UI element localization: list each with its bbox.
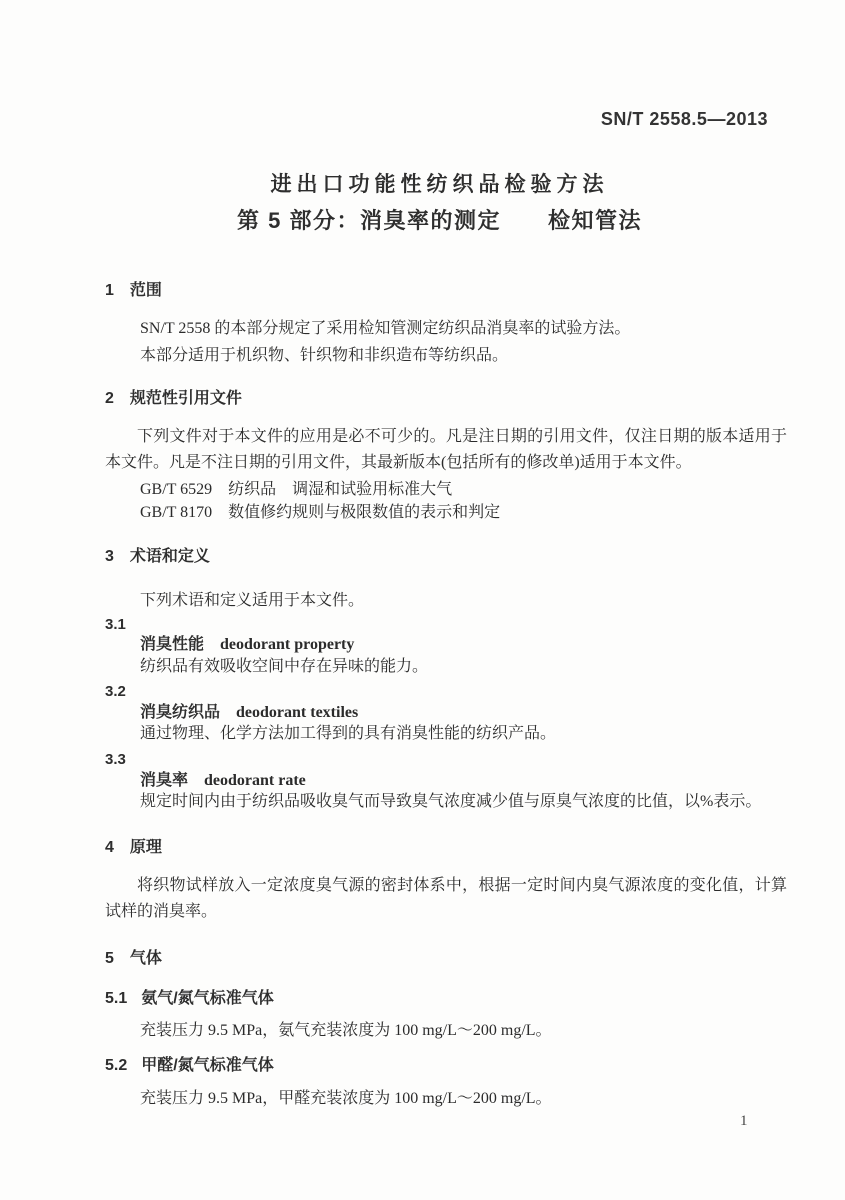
clause-3-2-number: 3.2 bbox=[105, 679, 126, 705]
term-3-2-english: deodorant textiles bbox=[236, 704, 358, 721]
section-1-heading: 1范围 bbox=[105, 278, 162, 304]
doc-title-line1: 进出口功能性纺织品检验方法 bbox=[34, 170, 845, 200]
section-3-intro: 下列术语和定义适用于本文件。 bbox=[140, 588, 364, 614]
section-5-1-title: 氨气/氮气标准气体 bbox=[141, 990, 273, 1007]
clause-3-3-number: 3.3 bbox=[105, 747, 126, 773]
section-5-title: 气体 bbox=[130, 950, 162, 967]
section-4-paragraph-1: 将织物试样放入一定浓度臭气源的密封体系中，根据一定时间内臭气源浓度的变化值，计算… bbox=[105, 873, 787, 925]
clause-3-1-number: 3.1 bbox=[105, 612, 126, 638]
section-3-title: 术语和定义 bbox=[130, 548, 210, 565]
term-3-3-english: deodorant rate bbox=[204, 772, 306, 789]
section-2-reference-2: GB/T 8170 数值修约规则与极限数值的表示和判定 bbox=[140, 500, 500, 526]
section-4-number: 4 bbox=[105, 839, 114, 856]
section-5-2-heading: 5.2甲醛/氮气标准气体 bbox=[105, 1053, 274, 1079]
section-4-title: 原理 bbox=[130, 839, 162, 856]
section-5-2-title: 甲醛/氮气标准气体 bbox=[141, 1057, 273, 1074]
section-5-heading: 5气体 bbox=[105, 946, 162, 972]
section-5-2-number: 5.2 bbox=[105, 1057, 127, 1074]
section-2-number: 2 bbox=[105, 390, 114, 407]
section-1-number: 1 bbox=[105, 282, 114, 299]
section-1-title: 范围 bbox=[130, 282, 162, 299]
section-3-number: 3 bbox=[105, 548, 114, 565]
section-1-paragraph-1: SN/T 2558 的本部分规定了采用检知管测定纺织品消臭率的试验方法。 bbox=[140, 316, 630, 342]
section-5-1-paragraph: 充装压力 9.5 MPa，氨气充装浓度为 100 mg/L～200 mg/L。 bbox=[140, 1018, 552, 1044]
term-3-1-english: deodorant property bbox=[220, 636, 354, 653]
section-1-paragraph-2: 本部分适用于机织物、针织物和非织造布等纺织品。 bbox=[140, 343, 508, 369]
term-3-1-definition: 纺织品有效吸收空间中存在异味的能力。 bbox=[140, 654, 428, 680]
section-3-heading: 3术语和定义 bbox=[105, 544, 210, 570]
term-3-3-definition: 规定时间内由于纺织品吸收臭气而导致臭气浓度减少值与原臭气浓度的比值，以%表示。 bbox=[140, 789, 761, 815]
section-5-number: 5 bbox=[105, 950, 114, 967]
doc-title-line2: 第 5 部分：消臭率的测定 检知管法 bbox=[34, 206, 845, 236]
page-number: 1 bbox=[740, 1108, 748, 1134]
section-4-heading: 4原理 bbox=[105, 835, 162, 861]
section-2-paragraph-1: 下列文件对于本文件的应用是必不可少的。凡是注日期的引用文件，仅注日期的版本适用于… bbox=[105, 424, 787, 476]
standard-code: SN/T 2558.5—2013 bbox=[601, 106, 768, 132]
section-2-heading: 2规范性引用文件 bbox=[105, 386, 242, 412]
document-title: 进出口功能性纺织品检验方法 第 5 部分：消臭率的测定 检知管法 bbox=[34, 170, 845, 236]
term-3-2-definition: 通过物理、化学方法加工得到的具有消臭性能的纺织产品。 bbox=[140, 721, 556, 747]
term-3-3-chinese: 消臭率 bbox=[140, 772, 188, 789]
term-3-2-chinese: 消臭纺织品 bbox=[140, 704, 220, 721]
section-5-2-paragraph: 充装压力 9.5 MPa，甲醛充装浓度为 100 mg/L～200 mg/L。 bbox=[140, 1086, 552, 1112]
document-page: SN/T 2558.5—2013 进出口功能性纺织品检验方法 第 5 部分：消臭… bbox=[0, 0, 845, 1200]
term-3-1-chinese: 消臭性能 bbox=[140, 636, 204, 653]
section-5-1-number: 5.1 bbox=[105, 990, 127, 1007]
section-2-title: 规范性引用文件 bbox=[130, 390, 242, 407]
section-5-1-heading: 5.1氨气/氮气标准气体 bbox=[105, 986, 274, 1012]
